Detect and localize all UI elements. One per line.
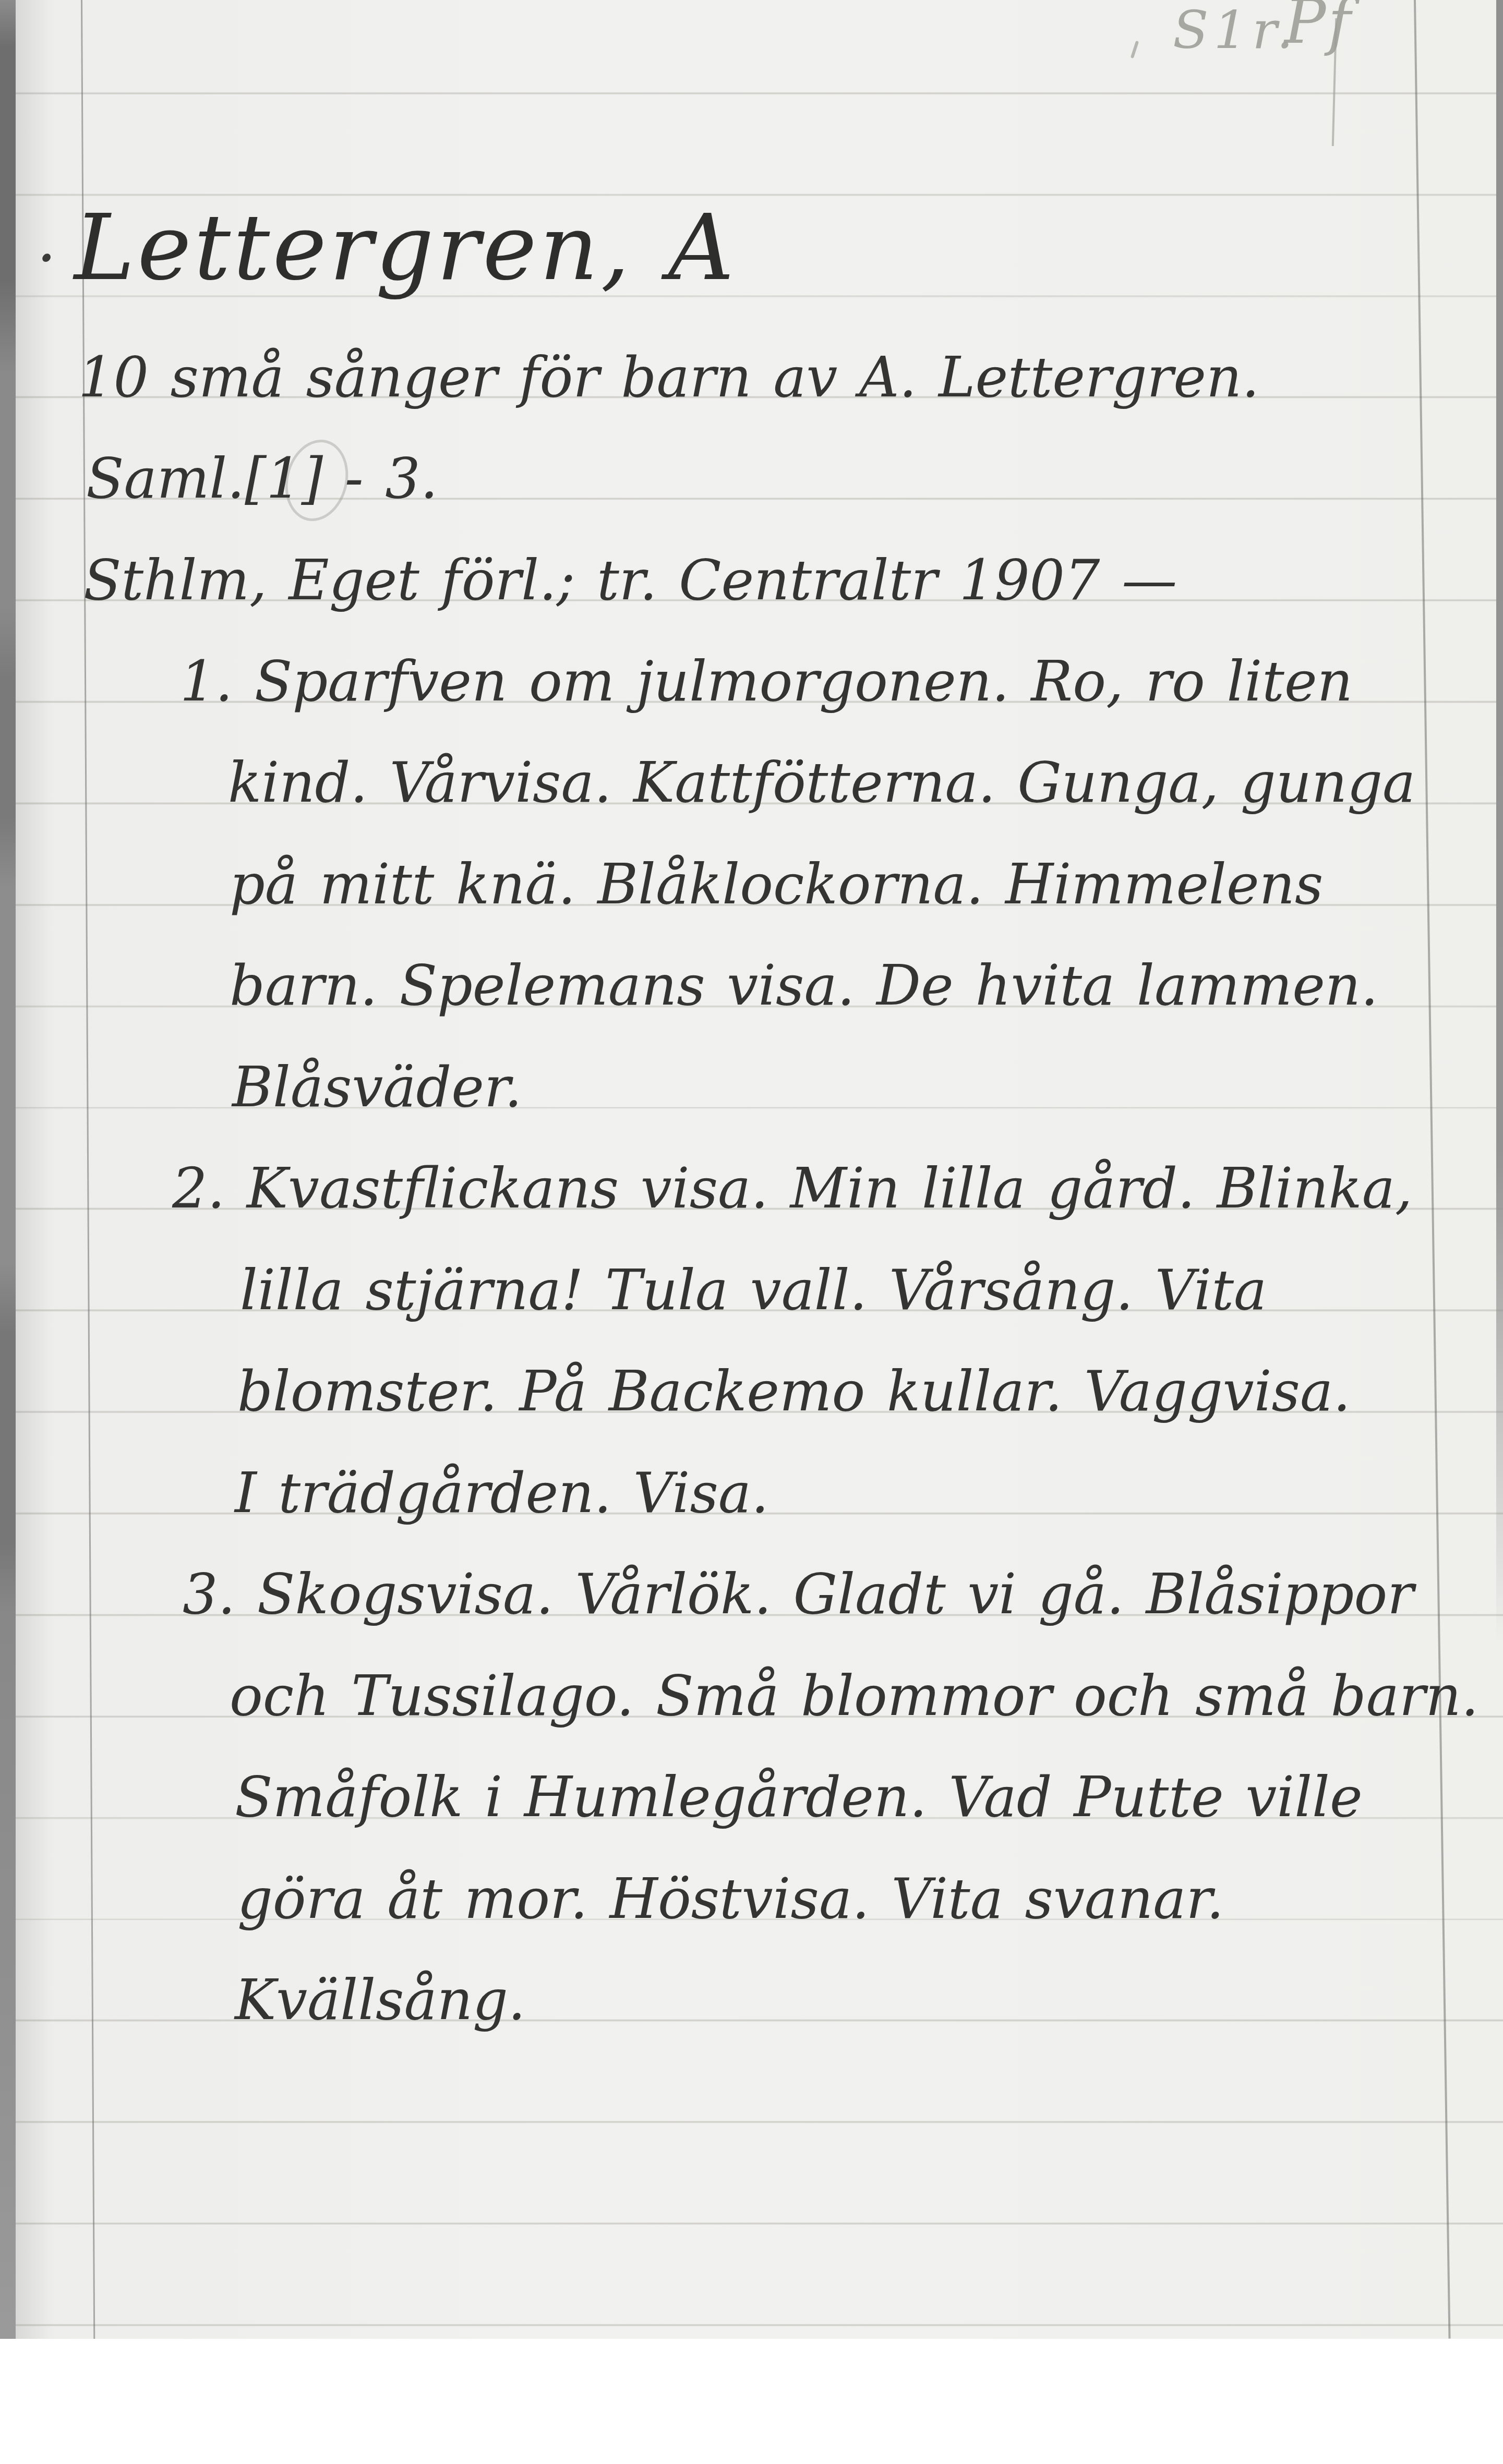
scanner-edge-left [0, 0, 16, 2339]
entry-line-item2-cont: lilla stjärna! Tula vall. Vårsång. Vita [240, 1263, 1267, 1318]
entry-line-item1-cont: barn. Spelemans visa. De hvita lammen. [230, 958, 1378, 1013]
entry-line-title: 10 små sånger för barn av A. Lettergren. [78, 350, 1259, 405]
entry-line-item1-cont: kind. Vårvisa. Kattfötterna. Gunga, gung… [228, 755, 1415, 811]
author-heading: Lettergren, A [74, 202, 737, 294]
entry-line-item3-cont: Småfolk i Humlegården. Vad Putte ville [235, 1770, 1363, 1825]
entry-line-item2-cont: blomster. På Backemo kullar. Vaggvisa. [237, 1364, 1351, 1419]
entry-line-item3-cont: göra åt mor. Höstvisa. Vita svanar. [237, 1871, 1224, 1927]
entry-line-item3-cont: och Tussilago. Små blommor och små barn. [230, 1669, 1479, 1724]
heading-leading-dot: . [37, 209, 56, 271]
entry-line-item2: 2. Kvastflickans visa. Min lilla gård. B… [172, 1161, 1413, 1216]
shelfmark-pencil-format: Pf [1284, 0, 1353, 52]
scanner-edge-right [1496, 0, 1503, 1643]
entry-line-item3: 3. Skogsvisa. Vårlök. Gladt vi gå. Blåsi… [183, 1567, 1414, 1622]
scan-background [0, 2339, 1503, 2464]
entry-line-item2-cont: I trädgården. Visa. [235, 1466, 769, 1521]
scanned-catalog-card: S1r. Pf . Lettergren, A 10 små sånger fö… [0, 0, 1503, 2464]
shelfmark-pencil-class: S1r. [1173, 4, 1298, 56]
entry-line-item1-cont: på mitt knä. Blåklockorna. Himmelens [230, 857, 1323, 912]
entry-line-volumes: Saml.[1] - 3. [86, 451, 438, 506]
entry-line-item1: 1. Sparfven om julmorgonen. Ro, ro liten [180, 654, 1353, 709]
entry-line-item3-cont: Kvällsång. [235, 1973, 525, 2028]
entry-line-imprint: Sthlm, Eget förl.; tr. Centraltr 1907 — [83, 553, 1177, 608]
entry-line-item1-cont: Blåsväder. [232, 1060, 522, 1115]
paper-shadow [16, 0, 52, 2339]
